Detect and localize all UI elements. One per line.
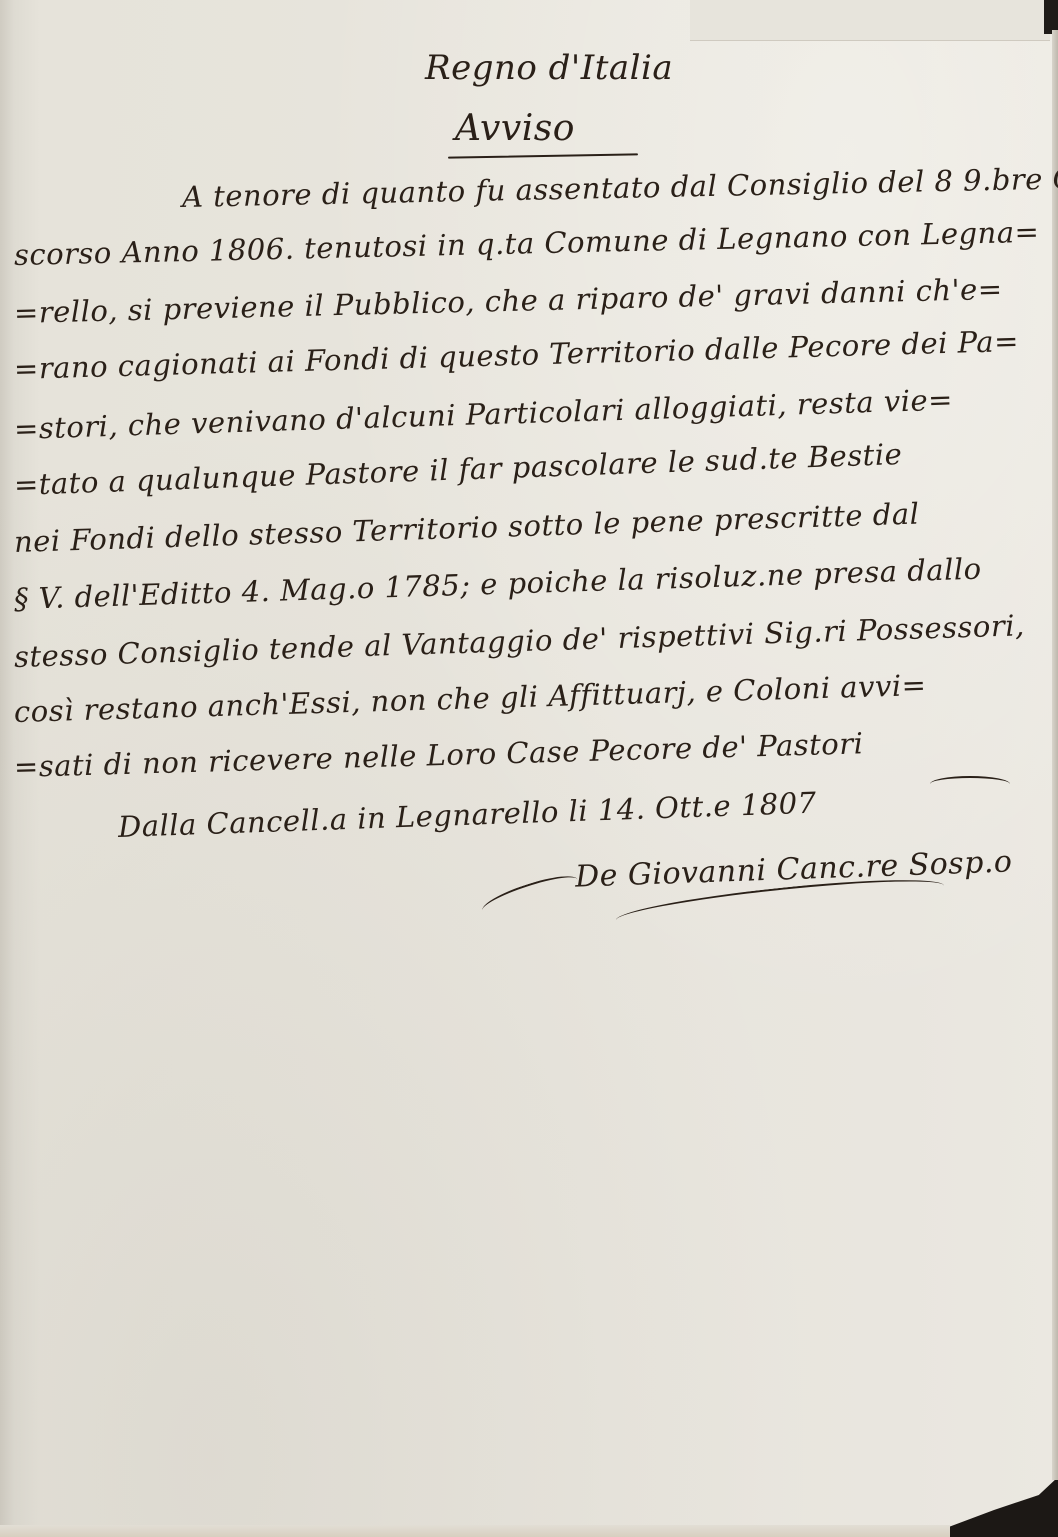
body-line: A tenore di quanto fu assentato dal Cons…	[182, 160, 1058, 214]
closing-line: Dalla Cancell.a in Legnarello li 14. Ott…	[117, 786, 817, 844]
body-line: =sati di non ricevere nelle Loro Case Pe…	[14, 726, 864, 784]
body-line: così restano anch'Essi, non che gli Affi…	[13, 668, 926, 729]
document-title: Regno d'Italia	[425, 48, 673, 88]
body-line: =rello, si previene il Pubblico, che a r…	[14, 272, 1003, 330]
body-line: stesso Consiglio tende al Vantaggio de' …	[13, 608, 1025, 674]
body-line: =rano cagionati ai Fondi di questo Terri…	[14, 324, 1020, 386]
underlying-sheet-edge	[690, 0, 1050, 41]
document-page: Regno d'Italia Avviso A tenore di quanto…	[0, 0, 1058, 1537]
body-line: =tato a qualunque Pastore il far pascola…	[13, 437, 902, 502]
paper-edge	[0, 1525, 950, 1537]
body-line: nei Fondi dello stesso Territorio sotto …	[13, 497, 919, 559]
body-line: scorso Anno 1806. tenutosi in q.ta Comun…	[14, 215, 1040, 272]
body-line: =stori, che venivano d'alcuni Particolar…	[13, 383, 953, 446]
heading-underline	[448, 153, 638, 158]
body-line: § V. dell'Editto 4. Mag.o 1785; e poiche…	[13, 552, 982, 616]
paper-edge	[1052, 30, 1058, 1480]
closing-flourish	[930, 776, 1010, 792]
signature-flourish	[479, 869, 581, 921]
document-heading: Avviso	[455, 108, 575, 149]
background-corner	[1044, 0, 1058, 34]
